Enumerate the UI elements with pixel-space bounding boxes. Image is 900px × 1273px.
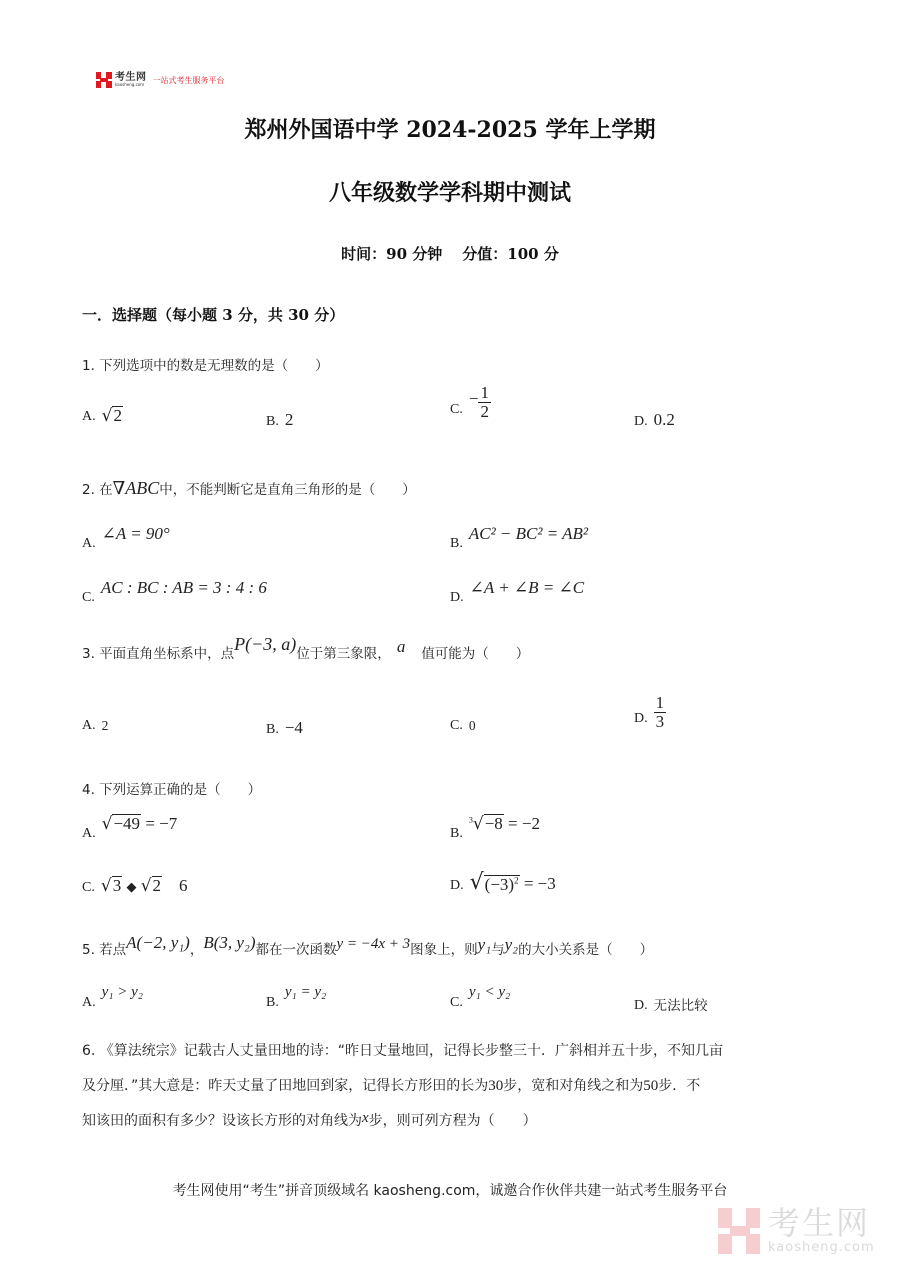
question-4-option-c: C. √3 ◆ √2 6 <box>82 876 188 896</box>
question-2-stem: 2. 在∇ABC中，不能判断它是直角三角形的是（ ） <box>82 478 416 499</box>
question-1-stem: 1. 下列选项中的数是无理数的是（ ） <box>82 354 329 374</box>
watermark-mark-icon <box>718 1208 760 1254</box>
exam-info: 时间：90 分钟分值：100 分 <box>0 243 900 264</box>
watermark-logo: 考生网 kaosheng.com <box>718 1207 875 1254</box>
question-5-option-c: C. y₁ < y₂ <box>450 984 510 1001</box>
question-1-option-d: D. 0.2 <box>634 410 675 430</box>
question-4-stem: 4. 下列运算正确的是（ ） <box>82 778 261 798</box>
question-2-option-c: C. AC : BC : AB = 3 : 4 : 6 <box>82 578 267 598</box>
score-label: 分值：100 分 <box>462 243 559 264</box>
exam-subtitle: 八年级数学学科期中测试 <box>0 176 900 207</box>
question-1-option-a: A. √2 <box>82 406 123 425</box>
question-5-option-b: B. y₁ = y₂ <box>266 984 326 1001</box>
footer-notice: 考生网使用“考生”拼音顶级域名 kaosheng.com，诚邀合作伙伴共建一站式… <box>0 1180 900 1200</box>
question-1-option-c: C. − 12 <box>450 384 491 421</box>
logo-slogan: 一站式考生服务平台 <box>153 75 225 86</box>
question-1-option-b: B. 2 <box>266 410 293 430</box>
question-4-option-d: D. √(−3)2 = −3 <box>450 872 556 894</box>
section-heading: 一．选择题（每小题 3 分，共 30 分） <box>82 304 344 325</box>
header-logo: 考生网 kaosheng.com 一站式考生服务平台 <box>96 72 225 88</box>
question-5-stem: 5. 若点A(−2, y₁)，B(3, y₂)都在一次函数y = −4x + 3… <box>82 938 653 959</box>
question-4-option-b: B. 3√−8 = −2 <box>450 814 540 834</box>
question-5-option-a: A. y₁ > y₂ <box>82 984 143 1001</box>
sqrt-2: √2 <box>102 406 123 425</box>
question-2-option-a: A. ∠A = 90° <box>82 524 170 544</box>
question-3-option-c: C. 0 <box>450 718 476 734</box>
fraction-one-third: 13 <box>654 694 667 731</box>
logo-domain: kaosheng.com <box>115 83 147 87</box>
question-3-option-b: B. −4 <box>266 718 303 738</box>
question-5-option-d: D. 无法比较 <box>634 994 708 1014</box>
question-4-option-a: A. √−49 = −7 <box>82 814 177 834</box>
time-label: 时间：90 分钟 <box>341 243 442 264</box>
question-6-stem: 6. 《算法统宗》记载古人丈量田地的诗：“昨日丈量地回，记得长步整三十．广斜相并… <box>82 1034 822 1139</box>
fraction-one-half: 12 <box>478 384 491 421</box>
exam-title: 郑州外国语中学 2024-2025 学年上学期 <box>0 113 900 144</box>
question-3-option-a: A. 2 <box>82 718 108 734</box>
question-3-option-d: D. 13 <box>634 694 666 731</box>
question-2-option-b: B. AC² − BC² = AB² <box>450 524 588 544</box>
logo-mark-icon <box>96 72 112 88</box>
question-3-stem: 3. 平面直角坐标系中，点P(−3, a)位于第三象限，a值可能为（ ） <box>82 642 529 663</box>
question-2-option-d: D. ∠A + ∠B = ∠C <box>450 578 584 598</box>
